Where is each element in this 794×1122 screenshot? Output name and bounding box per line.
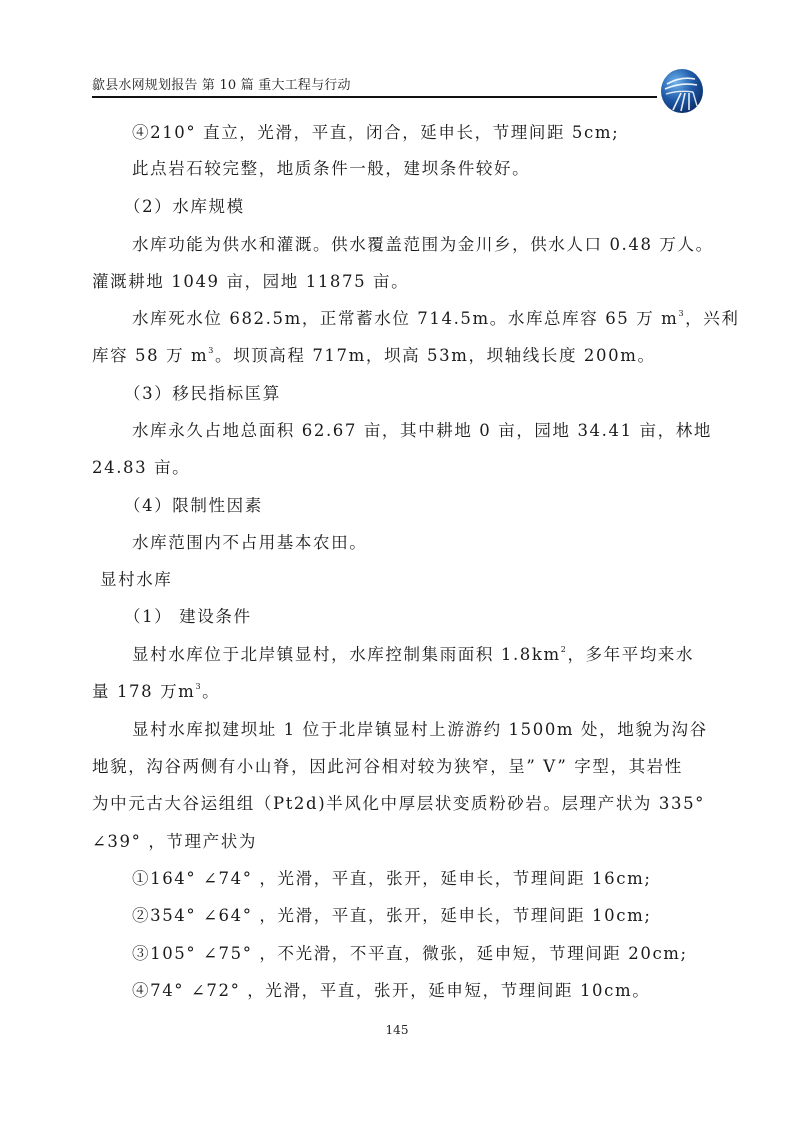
superscript: 3 bbox=[208, 346, 215, 355]
text-run: 。坝顶高程 717m，坝高 53m，坝轴线长度 200m。 bbox=[215, 346, 656, 365]
paragraph-line: ∠39° ，节理产状为 bbox=[92, 831, 257, 853]
text-run: ，兴利 bbox=[685, 309, 739, 328]
paragraph-line: ②354° ∠64° ，光滑，平直，张开，延申长，节理间距 10cm; bbox=[132, 905, 652, 927]
paragraph-line: ①164° ∠74° ，光滑，平直，张开，延申长，节理间距 16cm; bbox=[132, 868, 652, 890]
paragraph-line: 显村水库位于北岸镇显村，水库控制集雨面积 1.8km2，多年平均来水 bbox=[132, 644, 694, 666]
section-heading: （4）限制性因素 bbox=[124, 495, 263, 517]
header-rule bbox=[92, 96, 657, 98]
paragraph-line: 水库功能为供水和灌溉。供水覆盖范围为金川乡，供水人口 0.48 万人。 bbox=[132, 234, 714, 256]
text-run: 量 178 万m bbox=[92, 682, 195, 701]
section-heading: （2）水库规模 bbox=[124, 196, 245, 218]
paragraph-line: ④210° 直立，光滑，平直，闭合，延申长，节理间距 5cm; bbox=[132, 122, 619, 144]
text-run: 库容 58 万 m bbox=[92, 346, 208, 365]
paragraph-line: 灌溉耕地 1049 亩，园地 11875 亩。 bbox=[92, 271, 409, 293]
paragraph-line: ④74° ∠72° ，光滑，平直，张开，延申短，节理间距 10cm。 bbox=[132, 980, 650, 1002]
section-heading: （3）移民指标匡算 bbox=[124, 383, 281, 405]
text-run: 显村水库位于北岸镇显村，水库控制集雨面积 1.8km bbox=[132, 645, 561, 664]
page-header: 歙县水网规划报告 第 10 篇 重大工程与行动 bbox=[92, 78, 657, 98]
section-heading: （1） 建设条件 bbox=[124, 606, 252, 628]
paragraph-line: 显村水库拟建坝址 1 位于北岸镇显村上游游约 1500m 处，地貌为沟谷 bbox=[132, 719, 708, 741]
paragraph-line: ③105° ∠75° ，不光滑，不平直，微张，延申短，节理间距 20cm; bbox=[132, 943, 688, 965]
paragraph-line: 此点岩石较完整，地质条件一般，建坝条件较好。 bbox=[132, 158, 530, 180]
paragraph-line: 水库永久占地总面积 62.67 亩，其中耕地 0 亩，园地 34.41 亩，林地 bbox=[132, 420, 712, 442]
header-title: 歙县水网规划报告 第 10 篇 重大工程与行动 bbox=[92, 78, 351, 94]
paragraph-line: 量 178 万m3。 bbox=[92, 681, 220, 703]
text-run: 。 bbox=[202, 682, 220, 701]
paragraph-line: 水库死水位 682.5m，正常蓄水位 714.5m。水库总库容 65 万 m3，… bbox=[132, 308, 739, 330]
paragraph-line: 为中元古大谷运组组（Pt2d)半风化中厚层状变质粉砂岩。层理产状为 335° bbox=[92, 793, 705, 815]
paragraph-line: 地貌，沟谷两侧有小山脊，因此河谷相对较为狭窄，呈” V” 字型，其岩性 bbox=[92, 756, 683, 778]
text-run: 水库死水位 682.5m，正常蓄水位 714.5m。水库总库容 65 万 m bbox=[132, 309, 678, 328]
section-heading: 显村水库 bbox=[100, 569, 172, 591]
paragraph-line: 库容 58 万 m3。坝顶高程 717m，坝高 53m，坝轴线长度 200m。 bbox=[92, 345, 656, 367]
text-run: ，多年平均来水 bbox=[567, 645, 694, 664]
page-number: 145 bbox=[0, 1023, 794, 1037]
paragraph-line: 24.83 亩。 bbox=[92, 457, 190, 479]
water-network-logo-icon bbox=[659, 68, 705, 114]
paragraph-line: 水库范围内不占用基本农田。 bbox=[132, 532, 367, 554]
